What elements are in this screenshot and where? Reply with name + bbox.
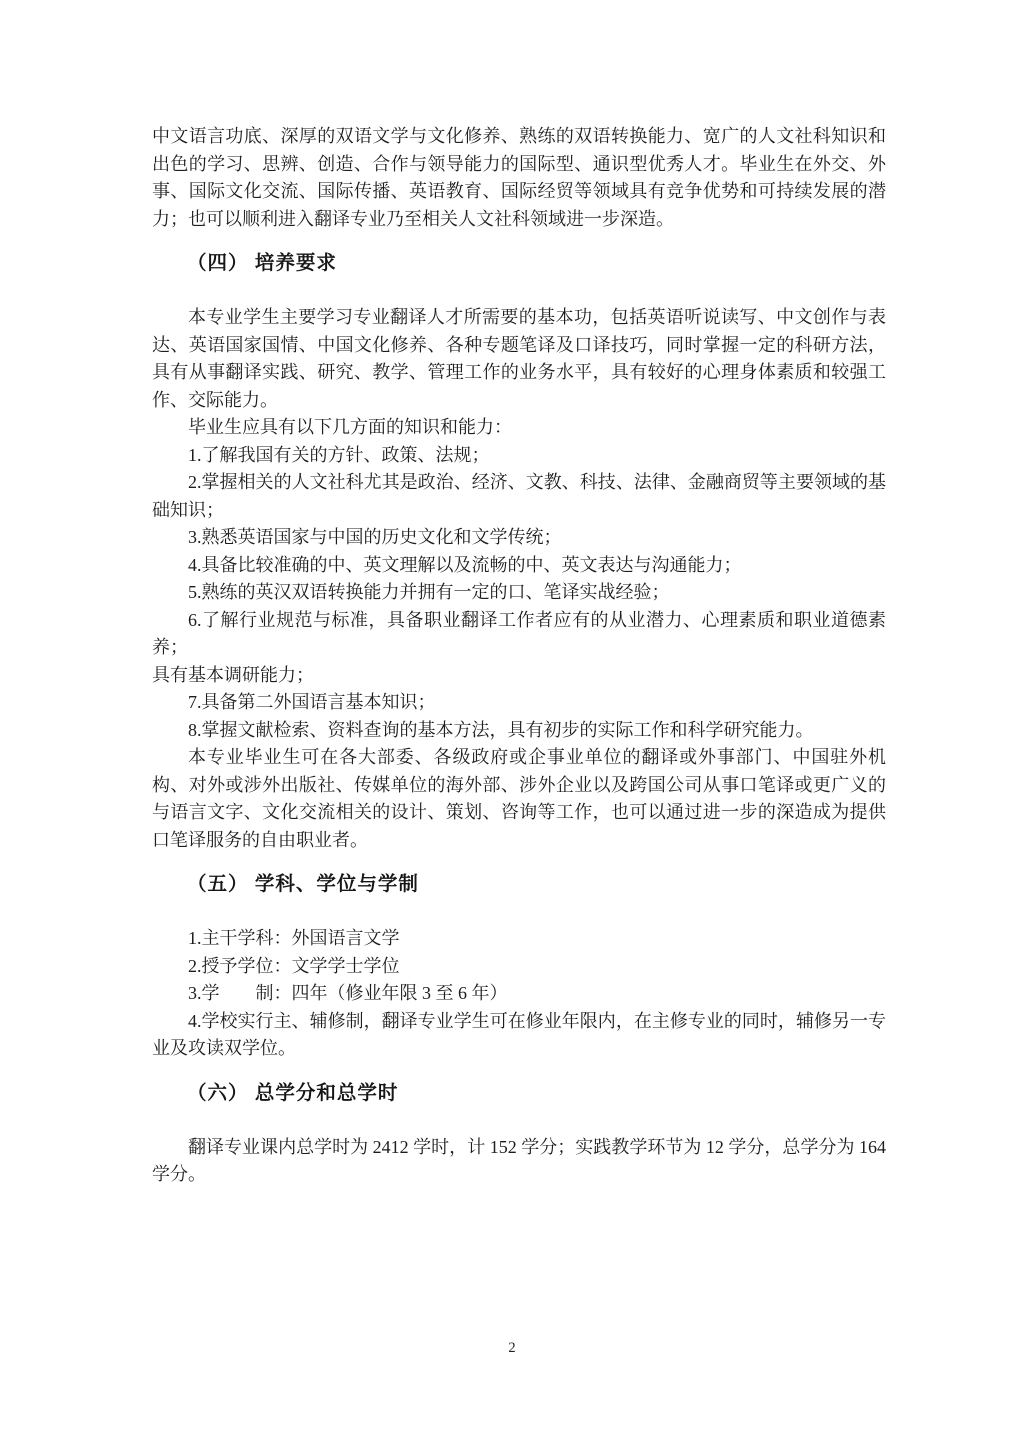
section4-item-2: 2.掌握相关的人文社科尤其是政治、经济、文教、科技、法律、金融商贸等主要领域的基… <box>152 469 886 524</box>
intro-paragraph: 中文语言功底、深厚的双语文学与文化修养、熟练的双语转换能力、宽广的人文社科知识和… <box>152 123 886 233</box>
section5-item-2: 2.授予学位：文学学士学位 <box>152 953 886 981</box>
section5-heading: （五） 学科、学位与学制 <box>152 870 886 898</box>
section4-item-3: 3.熟悉英语国家与中国的历史文化和文学传统； <box>152 524 886 552</box>
section4-item-4: 4.具备比较准确的中、英文理解以及流畅的中、英文表达与沟通能力； <box>152 552 886 580</box>
section4-lead-line: 毕业生应具有以下几方面的知识和能力： <box>152 414 886 442</box>
section4-item-5: 5.熟练的英汉双语转换能力并拥有一定的口、笔译实战经验； <box>152 579 886 607</box>
section4-item-6: 6.了解行业规范与标准，具备职业翻译工作者应有的从业潜力、心理素质和职业道德素养… <box>152 607 886 662</box>
section4-item-1: 1.了解我国有关的方针、政策、法规； <box>152 442 886 470</box>
section5-item-4: 4.学校实行主、辅修制，翻译专业学生可在修业年限内，在主修专业的同时，辅修另一专… <box>152 1008 886 1063</box>
section6-heading: （六） 总学分和总学时 <box>152 1079 886 1107</box>
section4-note-line: 具有基本调研能力； <box>152 662 886 690</box>
section4-item-8: 8.掌握文献检索、资料查询的基本方法，具有初步的实际工作和科学研究能力。 <box>152 717 886 745</box>
section6-paragraph: 翻译专业课内总学时为 2412 学时，计 152 学分；实践教学环节为 12 学… <box>152 1134 886 1189</box>
section4-paragraph-2: 本专业毕业生可在各大部委、各级政府或企事业单位的翻译或外事部门、中国驻外机构、对… <box>152 744 886 854</box>
section5-item-3: 3.学 制：四年（修业年限 3 至 6 年） <box>152 980 886 1008</box>
section5-item-1: 1.主干学科：外国语言文学 <box>152 925 886 953</box>
section4-heading: （四） 培养要求 <box>152 249 886 277</box>
section4-item-7: 7.具备第二外国语言基本知识； <box>152 689 886 717</box>
document-page: 中文语言功底、深厚的双语文学与文化修养、熟练的双语转换能力、宽广的人文社科知识和… <box>0 0 1024 1448</box>
section4-paragraph-1: 本专业学生主要学习专业翻译人才所需要的基本功，包括英语听说读写、中文创作与表达、… <box>152 304 886 414</box>
page-body-text: 中文语言功底、深厚的双语文学与文化修养、熟练的双语转换能力、宽广的人文社科知识和… <box>152 0 886 1189</box>
page-number: 2 <box>0 1340 1024 1357</box>
